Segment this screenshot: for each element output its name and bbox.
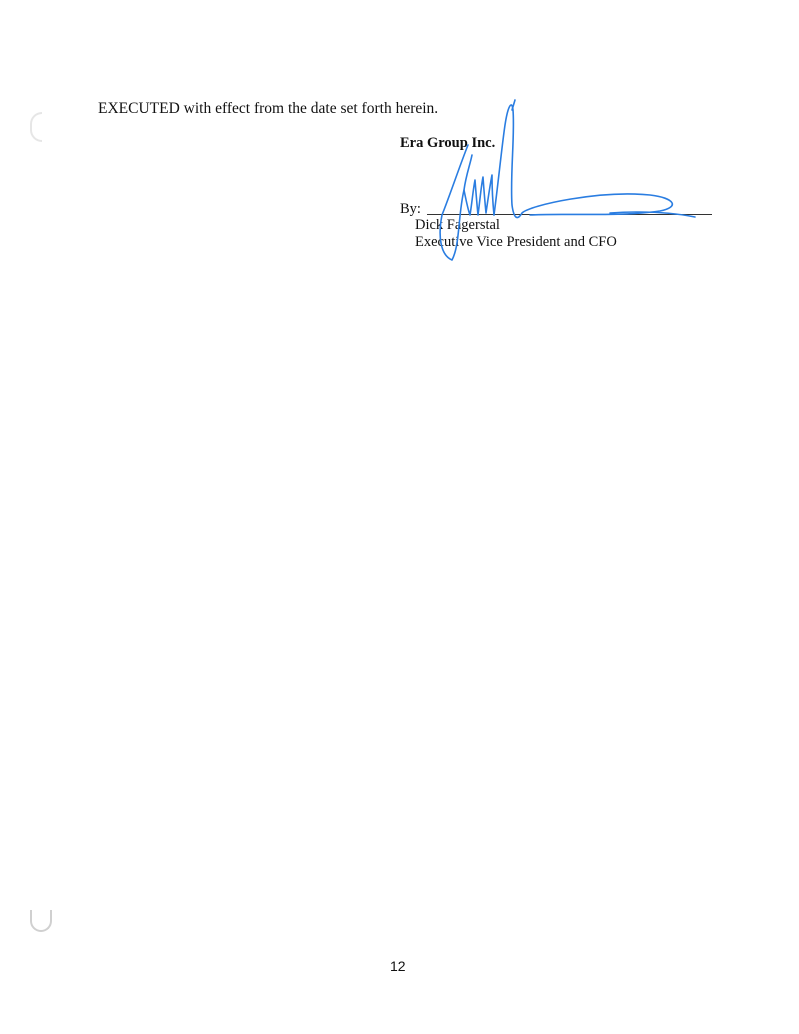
signer-name: Dick Fagerstal <box>415 217 500 234</box>
by-label: By: <box>400 201 421 218</box>
signer-title: Executive Vice President and CFO <box>415 234 617 251</box>
punch-hole-mark <box>30 112 42 142</box>
company-name: Era Group Inc. <box>400 135 495 152</box>
execution-clause: EXECUTED with effect from the date set f… <box>98 100 438 118</box>
page-number: 12 <box>390 958 406 974</box>
punch-hole-mark <box>30 910 52 932</box>
signature-line <box>427 214 712 215</box>
